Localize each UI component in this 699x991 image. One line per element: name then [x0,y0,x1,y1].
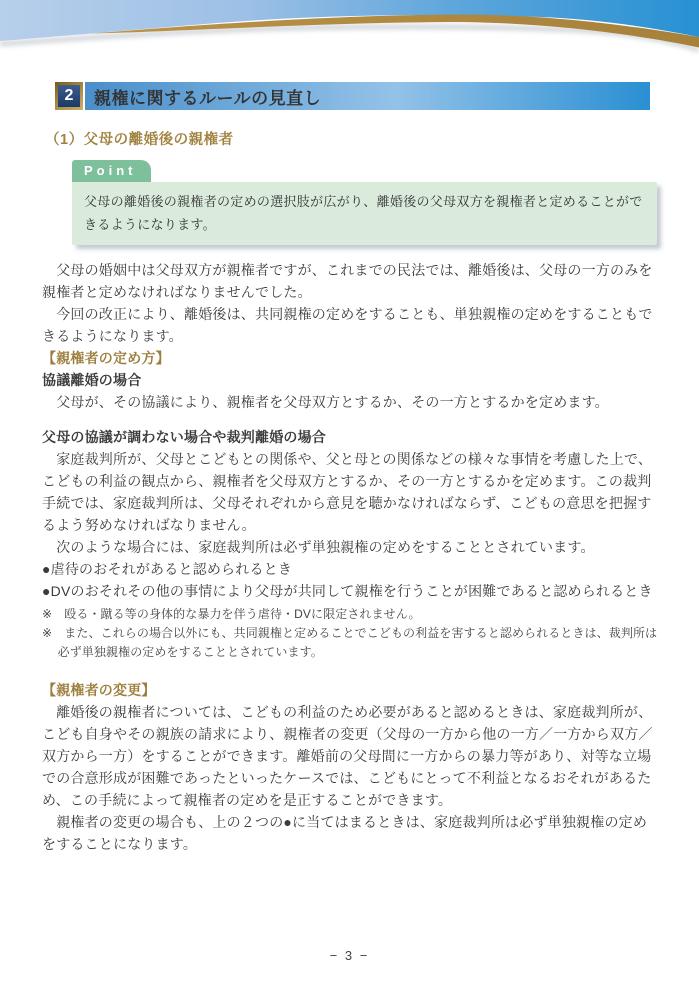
bullet-item-dv: ●DVのおそれその他の事情により父母が共同して親権を行うことが困難であると認めら… [42,580,658,602]
section-title-bar: 親権に関するルールの見直し [85,82,650,110]
point-callout: Point 父母の離婚後の親権者の定めの選択肢が広がり、離婚後の父母双方を親権者… [72,160,657,245]
section-number: 2 [58,85,80,107]
body-content: 父母の婚姻中は父母双方が親権者ですが、これまでの民法では、離婚後は、父母の一方の… [42,259,658,855]
subsection-title: （1）父母の離婚後の親権者 [45,128,699,149]
bullet-item-abuse: ●虐待のおそれがあると認められるとき [42,558,658,580]
point-tab-label: Point [72,160,151,182]
change-header: 【親権者の変更】 [42,679,658,701]
point-box-text: 父母の離婚後の親権者の定めの選択肢が広がり、離婚後の父母双方を親権者と定めること… [72,182,657,245]
section-number-badge: 2 [55,82,83,110]
saiban-rikon-text-1: 家庭裁判所が、父母とこどもとの関係や、父と母との関係などの様々な事情を考慮した上… [42,448,658,536]
intro-paragraph-1: 父母の婚姻中は父母双方が親権者ですが、これまでの民法では、離婚後は、父母の一方の… [42,259,658,303]
change-paragraph-1: 離婚後の親権者については、こどもの利益のため必要があると認めるときは、家庭裁判所… [42,701,658,811]
section-heading: 2 親権に関するルールの見直し [55,82,650,110]
saiban-rikon-header: 父母の協議が調わない場合や裁判離婚の場合 [42,426,658,448]
change-paragraph-2: 親権者の変更の場合も、上の２つの●に当てはまるときは、家庭裁判所は必ず単独親権の… [42,811,658,855]
page-number: − 3 − [0,948,699,963]
determination-header: 【親権者の定め方】 [42,347,658,369]
header-wave-decoration [0,0,699,58]
kyougi-rikon-text: 父母が、その協議により、親権者を父母双方とするか、その一方とするかを定めます。 [42,391,658,413]
intro-paragraph-2: 今回の改正により、離婚後は、共同親権の定めをすることも、単独親権の定めをすること… [42,303,658,347]
saiban-rikon-text-2: 次のような場合には、家庭裁判所は必ず単独親権の定めをすることとされています。 [42,536,658,558]
kyougi-rikon-header: 協議離婚の場合 [42,369,658,391]
document-page: 2 親権に関するルールの見直し （1）父母の離婚後の親権者 Point 父母の離… [0,0,699,991]
note-item-1: ※ 殴る・蹴る等の身体的な暴力を伴う虐待・DVに限定されません。 [42,605,658,624]
section-title: 親権に関するルールの見直し [94,84,321,109]
note-item-2: ※ また、これらの場合以外にも、共同親権と定めることでこどもの利益を害すると認め… [42,624,658,662]
